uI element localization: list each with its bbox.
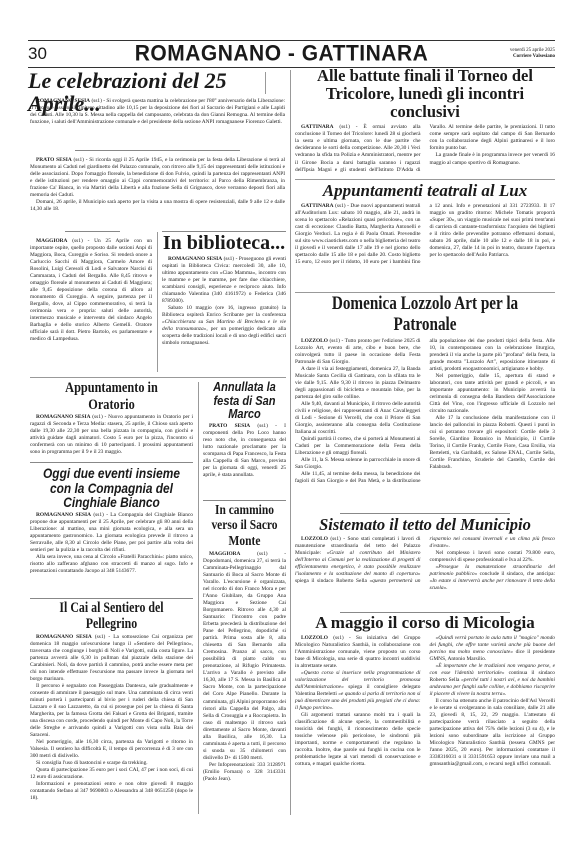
headline-cai: Il Cai al Sentiero del Pellegrino	[45, 601, 179, 633]
headline-micologia: A maggio il corso di Micologia	[295, 614, 555, 633]
dateline: LOZZOLO	[301, 536, 328, 542]
divider	[30, 377, 286, 378]
article-san-marco: Annullata la festa di San Marco PRATO SE…	[203, 380, 286, 479]
dateline: PRATO SESIA	[36, 157, 72, 163]
divider	[295, 179, 555, 180]
dateline: ROMAGNANO SESIA	[36, 512, 91, 518]
headline-biblioteca: In biblioteca...	[162, 232, 286, 254]
dateline: MAGGIORA	[209, 551, 240, 557]
divider	[340, 513, 510, 514]
divider	[30, 598, 193, 599]
dateline: GATTINARA	[301, 203, 334, 209]
column-divider	[290, 70, 291, 815]
article-celebrazioni-romagnano: ROMAGNANO SESIA (ss1) - Si svolgerà ques…	[30, 98, 285, 126]
divider	[65, 231, 120, 232]
headline-sacro-monte: In cammino verso il Sacro Monte	[210, 503, 278, 549]
publication-info: venerdì 25 aprile 2025 Corriere Valsesia…	[485, 48, 555, 61]
dateline: PRATO SESIA	[209, 423, 250, 429]
headline-san-marco: Annullata la festa di San Marco	[209, 380, 280, 421]
article-sacro-monte: In cammino verso il Sacro Monte MAGGIORA…	[203, 503, 286, 783]
article-tetto: Sistemato il tetto del Municipio LOZZOLO…	[295, 516, 555, 592]
article-biblioteca: In biblioteca... ROMAGNANO SESIA (ss1) -…	[162, 232, 286, 347]
divider	[30, 462, 193, 463]
article-lux: Appuntamenti teatrali al Lux GATTINARA (…	[295, 182, 555, 266]
column-divider	[198, 382, 199, 814]
dateline: LOZZOLO	[301, 338, 328, 344]
headline-lozzolo-art: Domenica Lozzolo Art per la Patronale	[321, 294, 529, 336]
dateline: LOZZOLO	[301, 635, 328, 641]
dateline: ROMAGNANO SESIA	[36, 98, 90, 104]
article-torneo: Alle battute finali il Torneo del Tricol…	[295, 67, 555, 174]
headline-oratorio: Appuntamento in Oratorio	[45, 380, 179, 413]
column-divider	[265, 72, 266, 94]
article-celebrazioni-prato: PRATO SESIA (ss1) - Si ricorda oggi il 2…	[30, 157, 285, 213]
article-celebrazioni-maggiora: MAGGIORA (ss1) - Un 25 Aprile con un imp…	[30, 238, 152, 343]
headline-lux: Appuntamenti teatrali al Lux	[295, 182, 555, 200]
headline-tetto: Sistemato il tetto del Municipio	[295, 516, 555, 533]
divider	[75, 150, 240, 151]
headline-torneo: Alle battute finali il Torneo del Tricol…	[295, 67, 555, 121]
dateline: MAGGIORA	[36, 238, 67, 244]
headline-cinghiale: Oggi due eventi insieme con la Compagnia…	[42, 466, 181, 510]
column-divider	[157, 232, 158, 372]
divider	[203, 500, 286, 501]
article-lozzolo-art: Domenica Lozzolo Art per la Patronale LO…	[295, 294, 555, 485]
article-cai: Il Cai al Sentiero del Pellegrino ROMAGN…	[30, 601, 193, 802]
section-title: ROMAGNANO - GATTINARA	[78, 41, 485, 66]
dateline: ROMAGNANO SESIA	[168, 256, 222, 262]
page-number: 30	[28, 44, 78, 64]
page-header: 30 ROMAGNANO - GATTINARA venerdì 25 apri…	[28, 40, 555, 68]
newspaper-page: 30 ROMAGNANO - GATTINARA venerdì 25 apri…	[28, 40, 555, 68]
dateline: ROMAGNANO SESIA	[36, 634, 92, 640]
article-cinghiale: Oggi due eventi insieme con la Compagnia…	[30, 466, 193, 575]
dateline: ROMAGNANO SESIA	[36, 414, 90, 420]
article-oratorio: Appuntamento in Oratorio ROMAGNANO SESIA…	[30, 380, 193, 456]
dateline: GATTINARA	[301, 124, 334, 130]
article-micologia: A maggio il corso di Micologia LOZZOLO (…	[295, 614, 555, 768]
publication-name: Corriere Valsesiano	[513, 54, 555, 59]
